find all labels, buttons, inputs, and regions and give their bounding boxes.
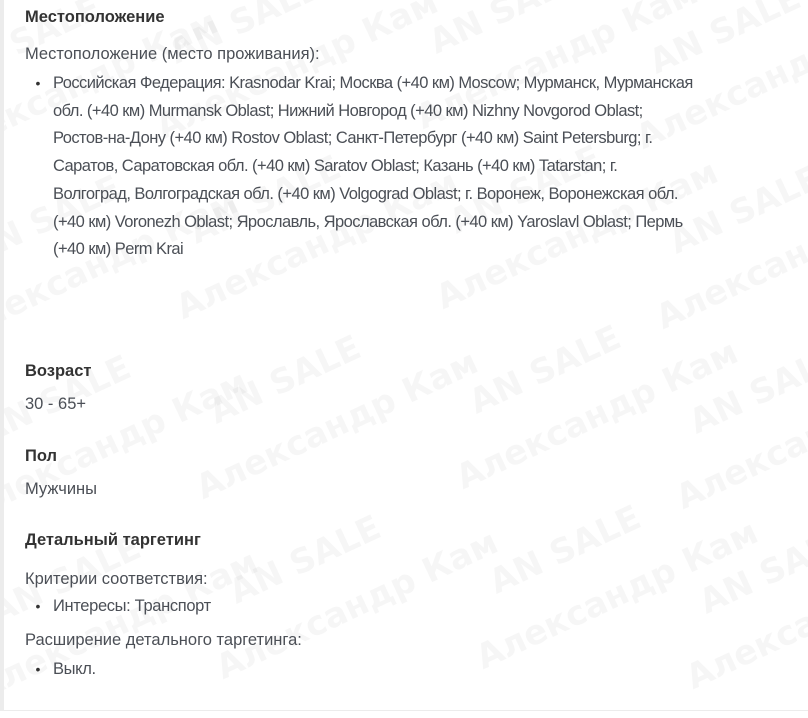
bullet-icon: • <box>23 70 53 98</box>
location-list-item: • Российская Федерация: Krasnodar Krai; … <box>23 70 693 264</box>
criteria-label: Критерии соответствия: <box>25 566 208 594</box>
gender-value: Мужчины <box>25 476 97 504</box>
age-title: Возраст <box>25 361 92 381</box>
watermark-text: AN SALE <box>423 0 587 62</box>
watermark-text: AN SALE <box>693 518 808 623</box>
watermark-text: Александр Кам <box>190 342 484 508</box>
location-section: Местоположение <box>25 7 165 27</box>
bullet-icon: • <box>23 656 53 684</box>
criteria-list-item: • Интересы: Транспорт <box>23 593 693 621</box>
watermark-text: AN SALE <box>483 498 647 603</box>
panel-bottom-border <box>0 710 808 711</box>
watermark-text: AN SALE <box>683 338 808 443</box>
watermark-text: AN SALE <box>203 328 367 433</box>
location-value: Российская Федерация: Krasnodar Krai; Мо… <box>53 70 693 264</box>
expansion-list-item: • Выкл. <box>23 656 693 684</box>
expansion-label: Расширение детального таргетинга: <box>25 627 302 655</box>
location-label: Местоположение (место проживания): <box>25 41 320 69</box>
targeting-summary-panel: AN SALEАлександр КамAN SALEАлександр Кам… <box>0 0 808 710</box>
gender-title: Пол <box>25 446 57 466</box>
expansion-value: Выкл. <box>53 656 693 684</box>
age-value: 30 - 65+ <box>25 391 86 419</box>
location-title: Местоположение <box>25 7 165 27</box>
watermark-text: Александр Кам <box>680 532 808 698</box>
criteria-value: Интересы: Транспорт <box>53 593 693 621</box>
detailed-targeting-title: Детальный таргетинг <box>25 530 201 550</box>
watermark-text: Александр Кам <box>450 332 744 498</box>
bullet-icon: • <box>23 593 53 621</box>
watermark-text: AN SALE <box>463 318 627 423</box>
watermark-text: Александр Кам <box>670 352 808 518</box>
